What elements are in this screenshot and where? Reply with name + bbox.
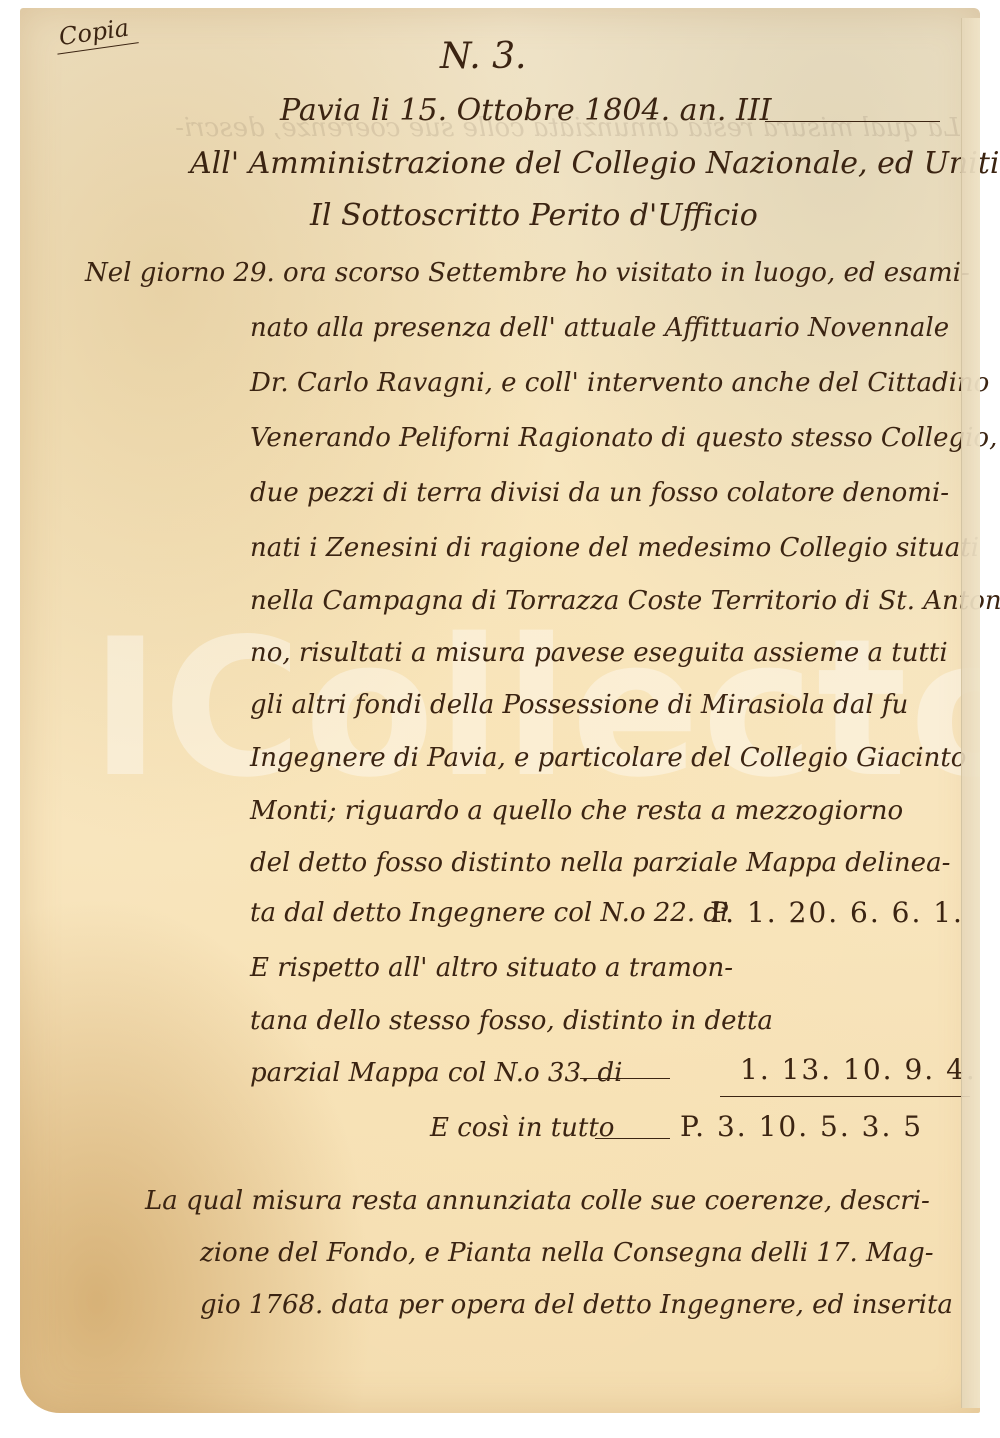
place-date-line: Pavia li 15. Ottobre 1804. an. III: [280, 93, 772, 128]
paragraph-1-line: ta dal detto Ingegnere col N.o 22. di: [250, 898, 728, 928]
corner-note-copia: Copia: [53, 12, 139, 54]
paragraph-3-line: La qual misura resta annunziata colle su…: [145, 1186, 930, 1216]
leader-dash-rule: [580, 1078, 670, 1079]
paragraph-1-line: Nel giorno 29. ora scorso Settembre ho v…: [85, 258, 970, 288]
measure-1-value: P. 1. 20. 6. 6. 1.: [710, 896, 964, 929]
measure-2-value: 1. 13. 10. 9. 4.: [740, 1053, 977, 1086]
paragraph-2-line: parzial Mappa col N.o 33. di: [250, 1058, 622, 1088]
paragraph-2-line: tana dello stesso fosso, distinto in det…: [250, 1006, 773, 1036]
sum-rule: [720, 1096, 970, 1097]
paragraph-1-line: del detto fosso distinto nella parziale …: [250, 848, 950, 878]
sender-line: Il Sottoscritto Perito d'Ufficio: [310, 198, 758, 233]
paragraph-1-line: due pezzi di terra divisi da un fosso co…: [250, 478, 949, 508]
total-label: E così in tutto: [430, 1113, 614, 1143]
manuscript-page: La qual misura resta annunziata colle su…: [20, 8, 980, 1413]
paragraph-1-line: Dr. Carlo Ravagni, e coll' intervento an…: [250, 368, 989, 398]
paragraph-1-line: no, risultati a misura pavese eseguita a…: [250, 638, 948, 668]
total-leader-rule: [595, 1138, 670, 1139]
paragraph-1-line: gli altri fondi della Possessione di Mir…: [250, 690, 908, 720]
paragraph-1-line: Venerando Peliforni Ragionato di questo …: [250, 423, 1000, 453]
paragraph-1-line: nato alla presenza dell' attuale Affittu…: [250, 313, 949, 343]
total-value: P. 3. 10. 5. 3. 5: [680, 1110, 923, 1143]
paragraph-1-line: nella Campagna di Torrazza Coste Territo…: [250, 586, 1000, 616]
document-number: N. 3.: [440, 36, 526, 77]
date-underline-rule: [765, 121, 940, 122]
paragraph-1-line: Ingegnere di Pavia, e particolare del Co…: [250, 743, 966, 773]
paragraph-2-line: E rispetto all' altro situato a tramon-: [250, 953, 733, 983]
addressee-line: All' Amministrazione del Collegio Nazion…: [190, 146, 999, 181]
paragraph-3-line: gio 1768. data per opera del detto Ingeg…: [200, 1290, 953, 1320]
paragraph-1-line: nati i Zenesini di ragione del medesimo …: [250, 533, 979, 563]
paragraph-3-line: zione del Fondo, e Pianta nella Consegna…: [200, 1238, 934, 1268]
paragraph-1-line: Monti; riguardo a quello che resta a mez…: [250, 796, 903, 826]
